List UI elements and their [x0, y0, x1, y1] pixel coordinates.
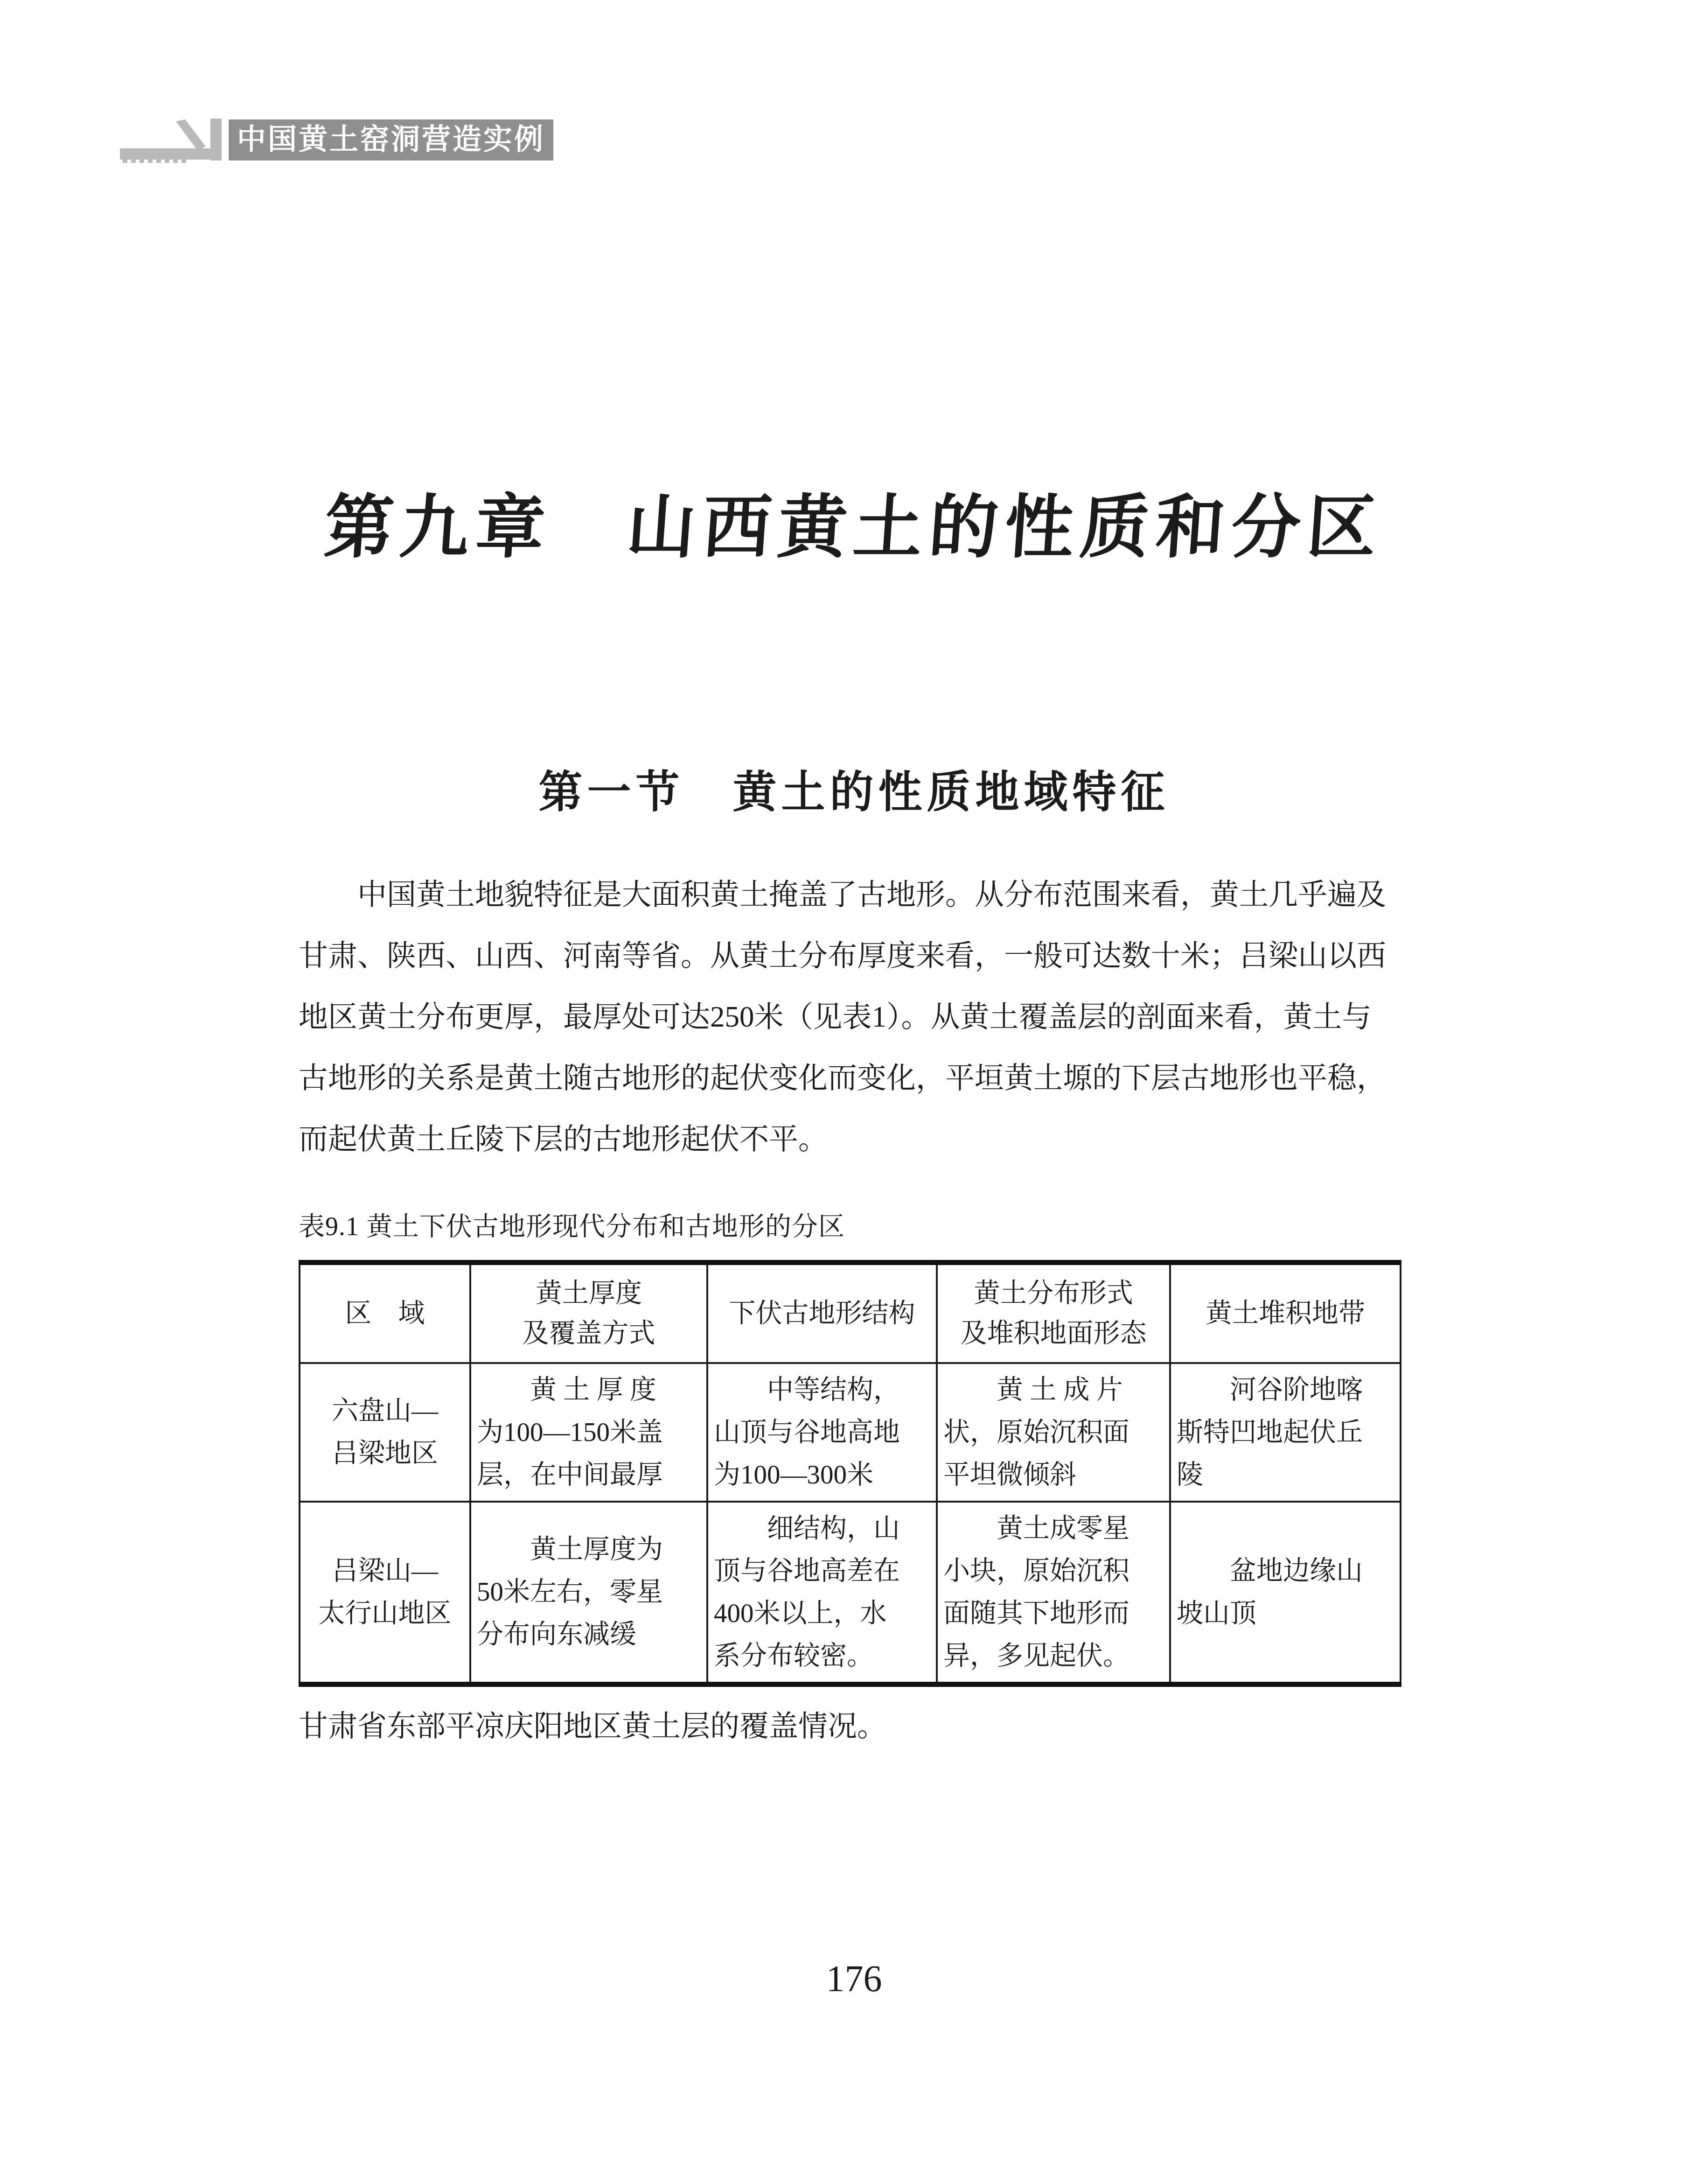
- table-caption: 表9.1 黄土下伏古地形现代分布和古地形的分区: [299, 1206, 845, 1243]
- table-header-row: 区 域 黄土厚度 及覆盖方式 下伏古地形结构 黄土分布形式 及堆积地面形态 黄土…: [300, 1263, 1401, 1363]
- column-header-zone: 黄土堆积地带: [1170, 1263, 1401, 1363]
- table-row: 六盘山— 吕梁地区 黄 土 厚 度 为100—150米盖 层，在中间最厚 中等结…: [300, 1363, 1401, 1502]
- cell-zone: 盆地边缘山 坡山顶: [1170, 1502, 1401, 1685]
- chapter-title: 第九章 山西黄土的性质和分区: [0, 472, 1708, 571]
- cell-zone: 河谷阶地喀 斯特凹地起伏丘 陵: [1170, 1363, 1401, 1502]
- column-header-structure: 下伏古地形结构: [707, 1263, 937, 1363]
- cell-structure: 中等结构， 山顶与谷地高地 为100—300米: [707, 1363, 937, 1502]
- column-header-distribution: 黄土分布形式 及堆积地面形态: [937, 1263, 1170, 1363]
- running-head: 中国黄土窑洞营造实例: [119, 118, 553, 164]
- cell-thickness: 黄 土 厚 度 为100—150米盖 层，在中间最厚: [470, 1363, 707, 1502]
- body-paragraph: 中国黄土地貌特征是大面积黄土掩盖了古地形。从分布范围来看，黄土几乎遍及 甘肃、陕…: [299, 864, 1418, 1170]
- cell-thickness: 黄土厚度为 50米左右，零星 分布向东减缓: [470, 1502, 707, 1685]
- cell-distribution: 黄 土 成 片 状，原始沉积面 平坦微倾斜: [937, 1363, 1170, 1502]
- page-number: 176: [0, 1958, 1708, 2000]
- section-title: 第一节 黄土的性质地域特征: [0, 757, 1708, 820]
- decorative-arrow-icon: [119, 118, 229, 164]
- book-title-badge: 中国黄土窑洞营造实例: [229, 119, 553, 161]
- table-row: 吕梁山— 太行山地区 黄土厚度为 50米左右，零星 分布向东减缓 细结构，山 顶…: [300, 1502, 1401, 1685]
- column-header-region: 区 域: [300, 1263, 470, 1363]
- cell-distribution: 黄土成零星 小块，原始沉积 面随其下地形而 异，多见起伏。: [937, 1502, 1170, 1685]
- column-header-thickness: 黄土厚度 及覆盖方式: [470, 1263, 707, 1363]
- cell-region: 六盘山— 吕梁地区: [300, 1363, 470, 1502]
- cell-region: 吕梁山— 太行山地区: [300, 1502, 470, 1685]
- note-line: 甘肃省东部平凉庆阳地区黄土层的覆盖情况。: [299, 1702, 886, 1745]
- loess-zoning-table: 区 域 黄土厚度 及覆盖方式 下伏古地形结构 黄土分布形式 及堆积地面形态 黄土…: [299, 1260, 1401, 1687]
- cell-structure: 细结构，山 顶与谷地高差在 400米以上，水 系分布较密。: [707, 1502, 937, 1685]
